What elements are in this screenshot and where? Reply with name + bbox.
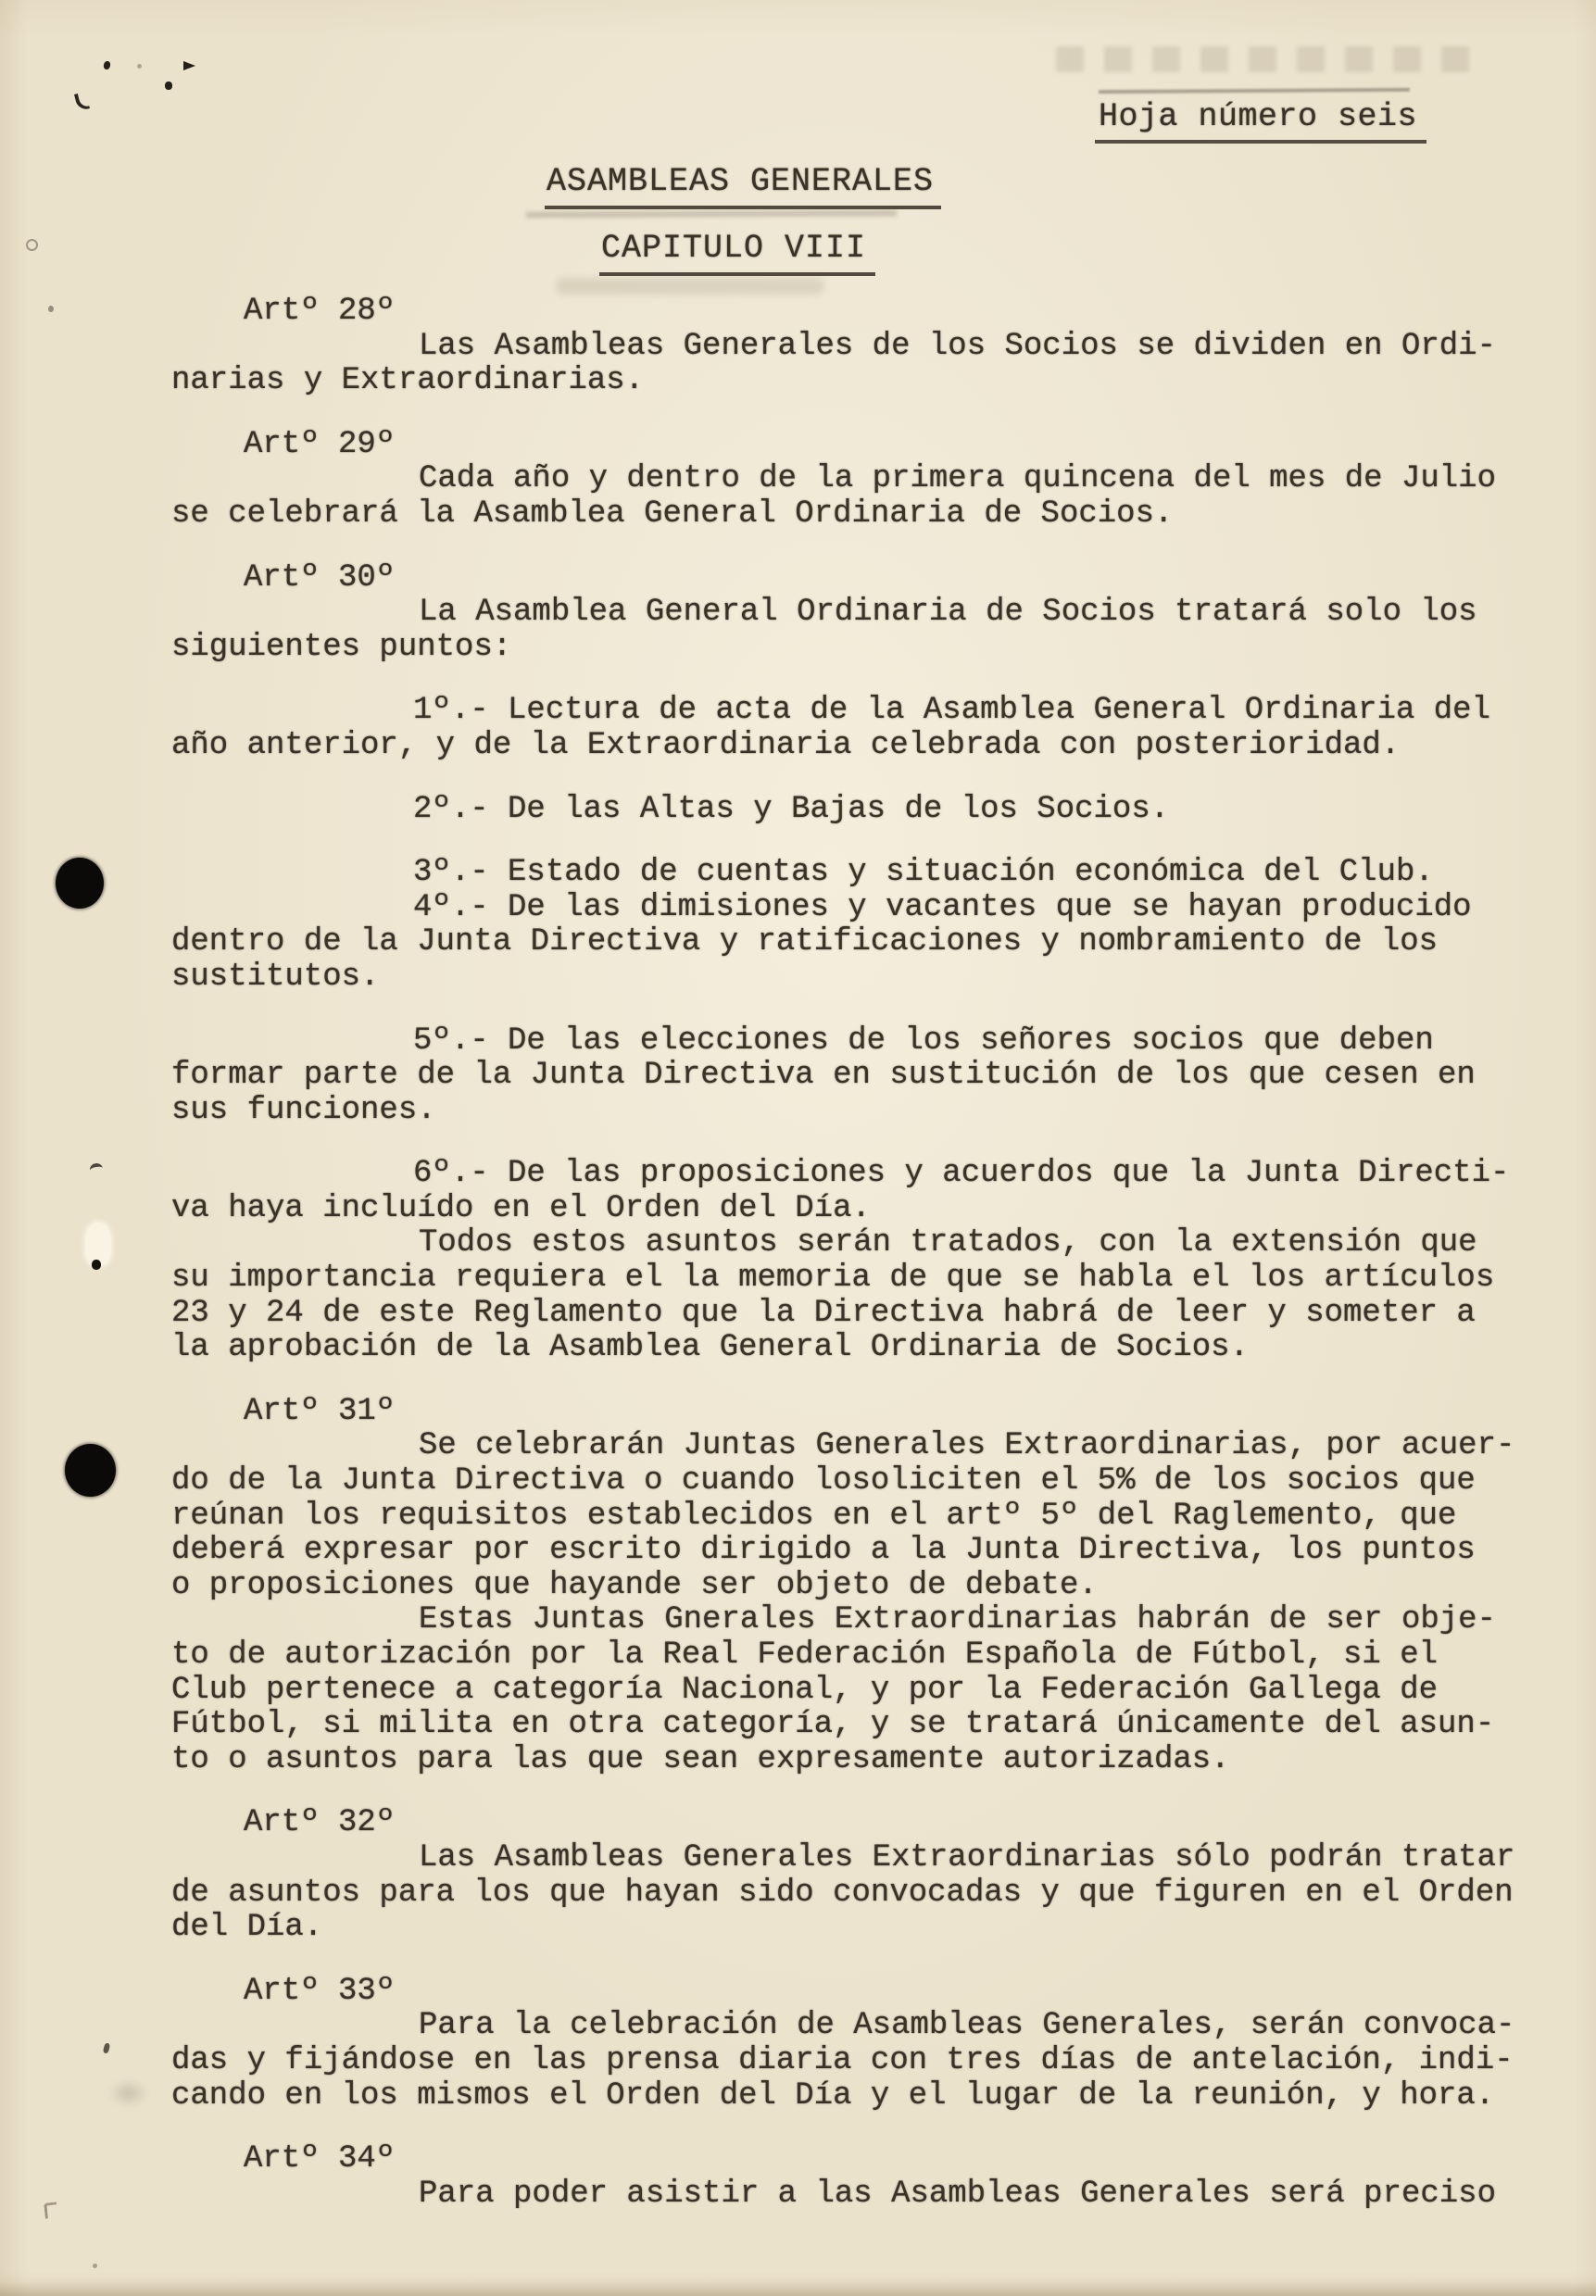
text-line: La Asamblea General Ordinaria de Socios … (419, 596, 1550, 631)
text-line: Artº 28º (244, 295, 1550, 330)
text-line: formar parte de la Junta Directiva en su… (171, 1059, 1550, 1094)
ink-speck (44, 2202, 58, 2218)
text-line: cando en los mismos el Orden del Día y e… (171, 2079, 1550, 2114)
text-line: su importancia requiera el la memoria de… (171, 1261, 1550, 1297)
text-line: 6º.- De las proposiciones y acuerdos que… (413, 1157, 1550, 1192)
chapter-smudge (556, 278, 824, 295)
pencil-smudge (107, 2078, 150, 2108)
ink-speck (103, 2042, 110, 2053)
ink-speck (89, 1162, 104, 1176)
text-line: Las Asambleas Generales de los Socios se… (419, 330, 1550, 365)
text-line: do de la Junta Directiva o cuando losoli… (171, 1464, 1550, 1499)
text-line: reúnan los requisitos establecidos en el… (171, 1499, 1550, 1535)
punch-hole (65, 1444, 116, 1497)
text-line: 3º.- Estado de cuentas y situación econó… (413, 856, 1550, 891)
text-line: de asuntos para los que hayan sido convo… (171, 1876, 1550, 1912)
text-line: narias y Extraordinarias. (171, 364, 1550, 399)
text-line: la aprobación de la Asamblea General Ord… (171, 1331, 1550, 1366)
ink-speck (48, 306, 54, 312)
text-line: Para poder asistir a las Asambleas Gener… (419, 2177, 1550, 2213)
scan-edge-shadow (0, 2281, 1596, 2296)
text-line: sustitutos. (171, 960, 1550, 996)
text-line: Cada año y dentro de la primera quincena… (419, 462, 1550, 497)
scanned-document-page: Hoja número seis ASAMBLEAS GENERALES CAP… (0, 0, 1596, 2296)
text-line: Artº 31º (244, 1395, 1550, 1430)
text-line: Artº 30º (244, 561, 1550, 596)
document-body: Artº 28ºLas Asambleas Generales de los S… (171, 295, 1550, 2212)
text-line: Las Asambleas Generales Extraordinarias … (419, 1841, 1550, 1876)
text-line: 5º.- De las elecciones de los señores so… (413, 1024, 1550, 1060)
correction-fluid-blob (85, 1223, 111, 1265)
ink-speck (74, 92, 90, 112)
text-line: Club pertenece a categoría Nacional, y p… (171, 1674, 1550, 1709)
text-line: se celebrará la Asamblea General Ordinar… (171, 497, 1550, 533)
bleed-through-ghost-text (1056, 46, 1473, 72)
text-line: dentro de la Junta Directiva y ratificac… (171, 925, 1550, 960)
sheet-number-label: Hoja número seis (1095, 98, 1426, 144)
ink-speck (103, 60, 111, 69)
ink-speck (93, 2264, 97, 2268)
text-line: va haya incluído en el Orden del Día. (171, 1192, 1550, 1227)
text-line: año anterior, y de la Extraordinaria cel… (171, 729, 1550, 764)
text-line: 1º.- Lectura de acta de la Asamblea Gene… (413, 694, 1550, 729)
title-underline-ghost (526, 210, 897, 218)
text-line: del Día. (171, 1911, 1550, 1946)
text-line: sus funciones. (171, 1094, 1550, 1129)
text-line: Artº 33º (244, 1975, 1550, 2010)
ink-speck (137, 64, 142, 69)
text-line: Fútbol, si milita en otra categoría, y s… (171, 1708, 1550, 1743)
text-line: Se celebrarán Juntas Generales Extraordi… (419, 1429, 1550, 1464)
text-line: to de autorización por la Real Federació… (171, 1638, 1550, 1674)
text-line: to o asuntos para las que sean expresame… (171, 1743, 1550, 1778)
chapter-heading: CAPITULO VIII (599, 230, 875, 276)
text-line: deberá expresar por escrito dirigido a l… (171, 1534, 1550, 1569)
text-line: 4º.- De las dimisiones y vacantes que se… (413, 891, 1550, 926)
text-line: o proposiciones que hayande ser objeto d… (171, 1569, 1550, 1604)
text-line: Estas Juntas Gnerales Extraordinarias ha… (419, 1603, 1550, 1638)
text-line: Para la celebración de Asambleas General… (419, 2009, 1550, 2044)
text-line: Todos estos asuntos serán tratados, con … (419, 1226, 1550, 1261)
text-line: Artº 32º (244, 1806, 1550, 1841)
ink-speck (183, 61, 195, 70)
ink-speck (92, 1260, 101, 1270)
text-line: Artº 29º (244, 428, 1550, 463)
text-line: siguientes puntos: (171, 631, 1550, 666)
text-line: 23 y 24 de este Reglamento que la Direct… (171, 1297, 1550, 1332)
typewriter-overstrike-line (1099, 88, 1410, 94)
text-line: das y fijándose en las prensa diaria con… (171, 2044, 1550, 2079)
text-line: Artº 34º (244, 2142, 1550, 2177)
ink-speck (26, 239, 38, 251)
ink-speck (165, 82, 172, 90)
punch-hole (56, 858, 104, 909)
text-line: 2º.- De las Altas y Bajas de los Socios. (413, 793, 1550, 828)
document-title: ASAMBLEAS GENERALES (545, 163, 941, 209)
